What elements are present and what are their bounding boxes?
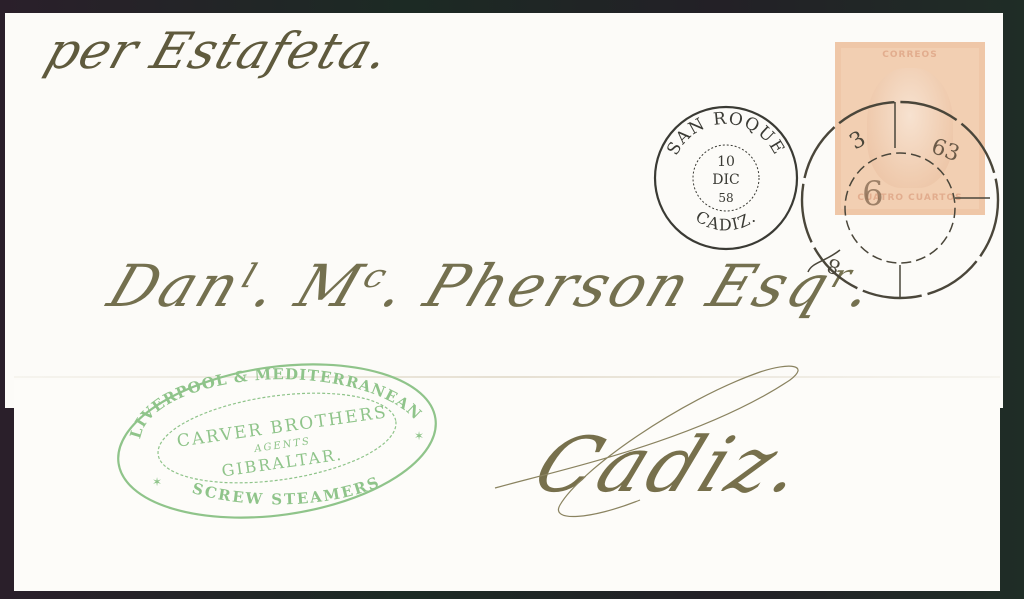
cancel-numeral-2: 63 [928,134,963,167]
cadiz-flourish [495,366,798,516]
cachet-star-right: ✶ [414,429,424,443]
postal-markings: SAN ROQUE CADIZ. 10 DIC 58 3 63 6 8 LIVE… [0,0,1024,599]
postmark-day: 10 [717,154,735,170]
cancel-numeral-1: 3 [846,127,871,156]
postmark-province: CADIZ. [692,207,760,235]
cancel-numeral-3: 6 [862,174,884,214]
postmark-town: SAN ROQUE [663,109,789,159]
postmark-month: DIC [712,172,739,188]
cachet-outer-bottom: SCREW STEAMERS [190,472,383,508]
cachet-star-left: ✶ [152,475,162,489]
postmark-year: 58 [718,191,733,205]
